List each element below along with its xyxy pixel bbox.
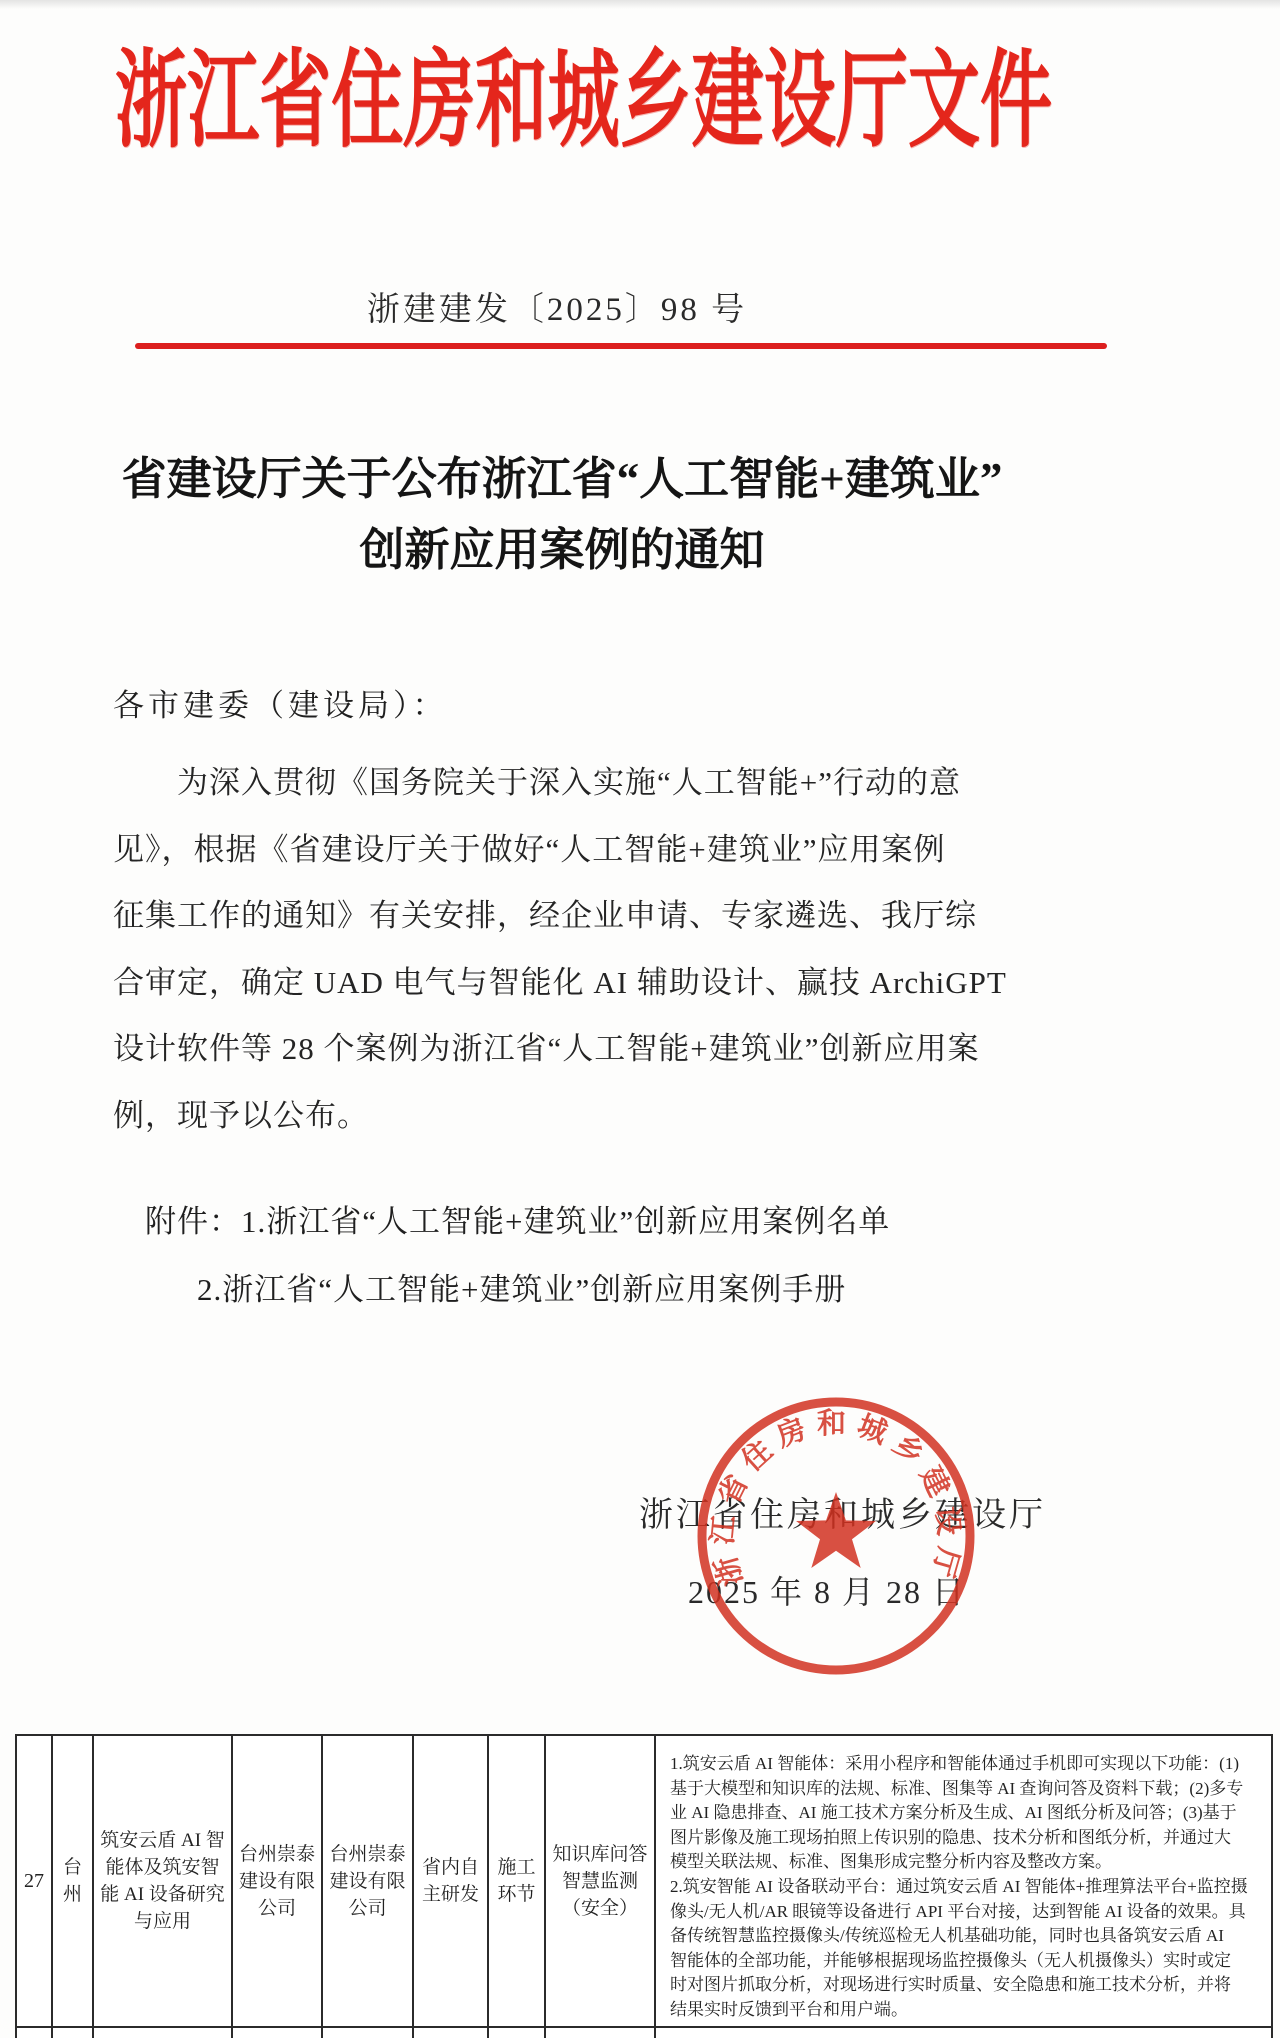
document-number: 浙建建发〔2025〕98 号: [0, 283, 1114, 330]
cell-applicant-company: 台州崇泰 建设有限 公司: [233, 1736, 323, 2028]
table-next-row-stub: [94, 2028, 233, 2038]
cell-stage: 施工 环节: [489, 1736, 546, 2028]
attachment-item-2: 2.浙江省“人工智能+建筑业”创新应用案例手册: [197, 1264, 846, 1309]
body-paragraph: 为深入贯彻《国务院关于深入实施“人工智能+”行动的意 见》，根据《省建设厅关于做…: [113, 750, 1073, 1149]
table-next-row-stub: [414, 2028, 489, 2038]
salutation: 各市建委（建设局）：: [113, 680, 448, 725]
cell-project-name: 筑安云盾 AI 智 能体及筑安智 能 AI 设备研究 与应用: [94, 1736, 233, 2028]
case-table: 27 台 州 筑安云盾 AI 智 能体及筑安智 能 AI 设备研究 与应用 台州…: [15, 1734, 1273, 2038]
cell-description: 1.筑安云盾 AI 智能体：采用小程序和智能体通过手机即可实现以下功能：(1) …: [656, 1736, 1273, 2028]
cell-rd-source: 省内自 主研发: [414, 1736, 489, 2028]
cell-developer-company: 台州崇泰 建设有限 公司: [323, 1736, 414, 2028]
agency-header-title: 浙江省住房和城乡建设厅文件: [115, 42, 1052, 162]
cell-city: 台 州: [53, 1736, 94, 2028]
cell-category: 知识库问答 智慧监测 （安全）: [546, 1736, 656, 2028]
table-next-row-stub: [233, 2028, 323, 2038]
table-next-row-stub: [656, 2028, 1273, 2038]
attachment-item-1: 附件：1.浙江省“人工智能+建筑业”创新应用案例名单: [145, 1196, 890, 1241]
table-next-row-stub: [546, 2028, 656, 2038]
document-page: 浙江省住房和城乡建设厅文件 浙建建发〔2025〕98 号 省建设厅关于公布浙江省…: [0, 0, 1280, 2038]
official-seal: 浙江省住房和城乡建设厅: [691, 1394, 981, 1684]
table-next-row-stub: [17, 2028, 53, 2038]
table-next-row-stub: [323, 2028, 414, 2038]
seal-star-icon: [796, 1492, 876, 1568]
table-next-row-stub: [53, 2028, 94, 2038]
document-title: 省建设厅关于公布浙江省“人工智能+建筑业” 创新应用案例的通知: [0, 444, 1124, 586]
table-next-row-stub: [489, 2028, 546, 2038]
cell-case-number: 27: [17, 1736, 53, 2028]
red-divider-rule: [135, 343, 1107, 349]
